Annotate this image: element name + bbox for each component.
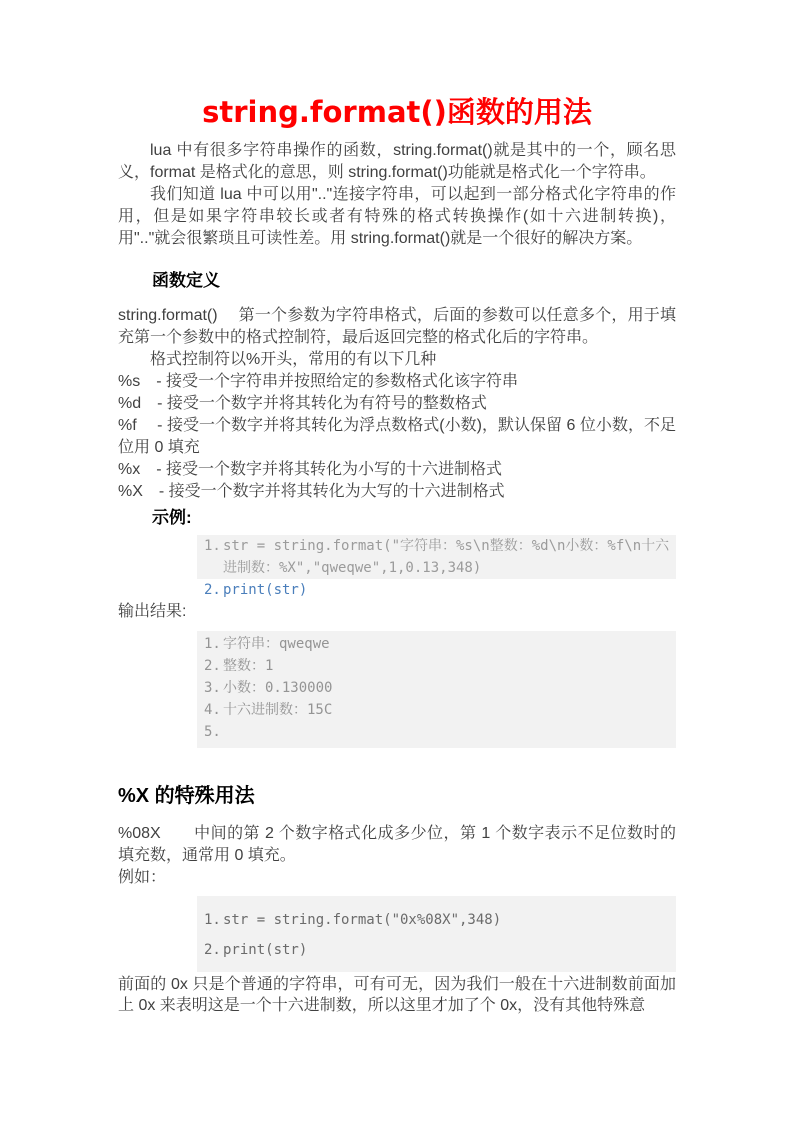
code-text: print(str) [223,942,307,958]
output-text: 小数：0.130000 [223,680,332,696]
section-heading-special-usage: %X 的特殊用法 [118,784,676,808]
line-number: 5. [204,721,221,743]
intro-paragraph-1: lua 中有很多字符串操作的函数，string.format()就是其中的一个，… [118,140,676,184]
output-label: 输出结果: [118,601,676,623]
example-label: 例如： [118,867,676,889]
format-specifier-upper-x: %X - 接受一个数字并将其转化为大写的十六进制格式 [118,481,676,503]
format-specifier-intro: 格式控制符以%开头，常用的有以下几种 [118,349,676,371]
code-line: 1. str = string.format("0x%08X",348) [197,909,676,931]
output-text: 十六进制数：15C [223,702,332,718]
special-code-block: 1. str = string.format("0x%08X",348) 2. … [197,896,676,972]
output-code-block: 1. 字符串：qweqwe 2. 整数：1 3. 小数：0.130000 4. … [197,631,676,748]
line-number: 1. [204,909,221,931]
closing-note: 前面的 0x 只是个普通的字符串，可有可无，因为我们一般在十六进制数前面加上 0… [118,974,676,1016]
output-text: 整数：1 [223,658,273,674]
definition-description: string.format() 第一个参数为字符串格式，后面的参数可以任意多个，… [118,305,676,349]
code-line: 2. print(str) [197,579,676,601]
special-usage-description: %08X 中间的第 2 个数字格式化成多少位，第 1 个数字表示不足位数时的填充… [118,823,676,867]
intro-paragraph-2: 我们知道 lua 中可以用".."连接字符串，可以起到一部分格式化字符串的作用，… [118,184,676,250]
example-code-block: 1. str = string.format("字符串：%s\n整数：%d\n小… [197,535,676,601]
code-text: print(str) [223,582,307,598]
document-page: string.format()函数的用法 lua 中有很多字符串操作的函数，st… [0,0,794,1123]
line-number: 1. [204,633,221,655]
line-number: 4. [204,699,221,721]
section-heading-example: 示例: [118,507,676,529]
line-number: 3. [204,677,221,699]
page-title: string.format()函数的用法 [118,96,676,128]
output-line: 2. 整数：1 [197,655,676,677]
format-specifier-x: %x - 接受一个数字并将其转化为小写的十六进制格式 [118,459,676,481]
section-heading-definition: 函数定义 [118,270,676,292]
format-specifier-d: %d - 接受一个数字并将其转化为有符号的整数格式 [118,393,676,415]
code-line: 2. print(str) [197,939,676,961]
code-text: str = string.format("字符串：%s\n整数：%d\n小数：%… [223,538,669,576]
line-number: 2. [204,579,221,601]
output-line: 5. [197,721,676,743]
line-number: 2. [204,939,221,961]
line-number: 1. [204,535,221,557]
output-line: 4. 十六进制数：15C [197,699,676,721]
output-line: 1. 字符串：qweqwe [197,633,676,655]
line-number: 2. [204,655,221,677]
output-line: 3. 小数：0.130000 [197,677,676,699]
code-text: str = string.format("0x%08X",348) [223,912,501,928]
format-specifier-f: %f - 接受一个数字并将其转化为浮点数格式(小数)，默认保留 6 位小数，不足… [118,415,676,459]
format-specifier-s: %s - 接受一个字符串并按照给定的参数格式化该字符串 [118,371,676,393]
code-line: 1. str = string.format("字符串：%s\n整数：%d\n小… [197,535,676,579]
output-text: 字符串：qweqwe [223,636,330,652]
